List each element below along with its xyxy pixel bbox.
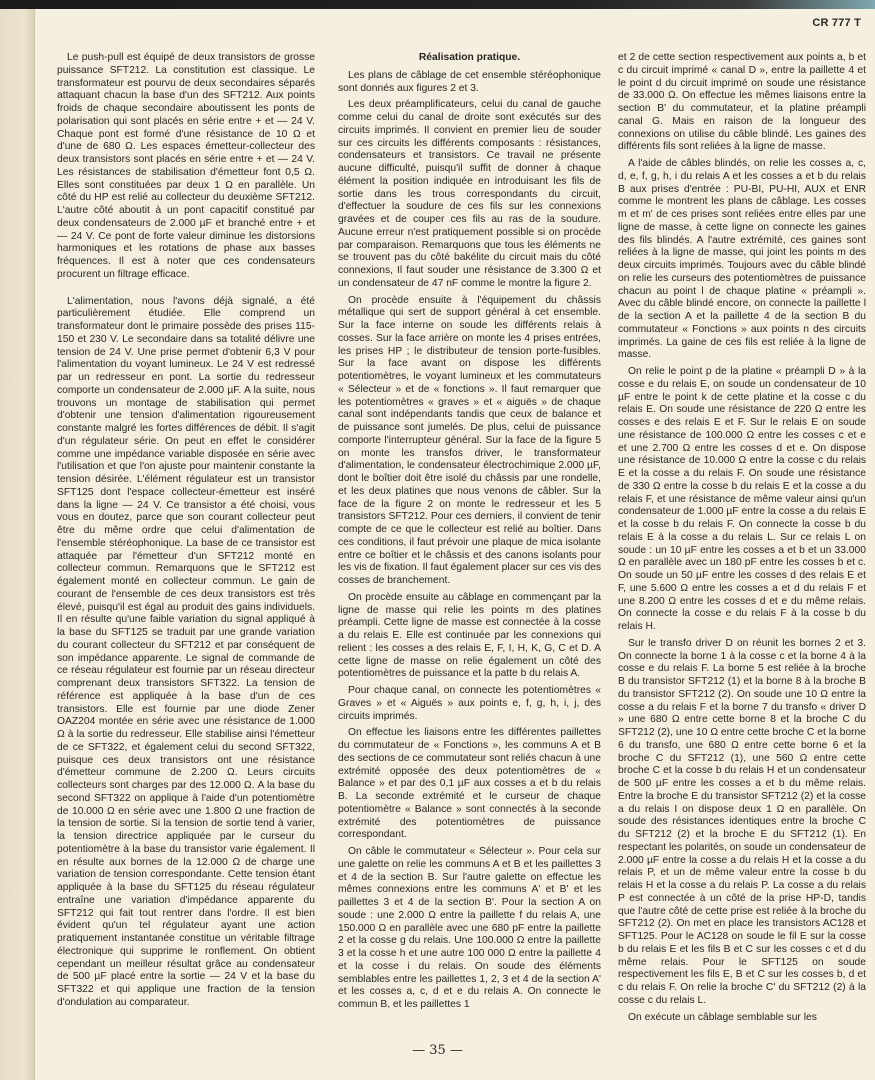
paragraph: On effectue les liaisons entre les diffé… (338, 727, 601, 842)
paragraph: et 2 de cette section respectivement aux… (618, 52, 866, 154)
paragraph-alimentation: L'alimentation, nous l'avons déjà signal… (57, 296, 315, 1010)
column-3: et 2 de cette section respectivement aux… (618, 52, 866, 1024)
column-2: Réalisation pratique. Les plans de câbla… (338, 52, 601, 1012)
paragraph: Les plans de câblage de cet ensemble sté… (338, 70, 601, 96)
page-number: — 35 — (0, 1043, 875, 1058)
paragraph: A l'aide de câbles blindés, on relie les… (618, 158, 866, 362)
paragraph-push-pull: Le push-pull est équipé de deux transist… (57, 52, 315, 282)
paragraph: On câble le commutateur « Sélecteur ». P… (338, 846, 601, 1012)
section-title: Réalisation pratique. (338, 52, 601, 65)
paragraph: On exécute un câblage semblable sur les (618, 1012, 866, 1025)
paragraph-gap (57, 286, 315, 296)
paragraph: On procède ensuite au câblage en commenç… (338, 592, 601, 681)
paragraph: Les deux préamplificateurs, celui du can… (338, 99, 601, 290)
column-1: Le push-pull est équipé de deux transist… (57, 52, 315, 1010)
paragraph: Pour chaque canal, on connecte les poten… (338, 685, 601, 723)
adjacent-page-edge (0, 9, 35, 1080)
paragraph: Sur le transfo driver D on réunit les bo… (618, 638, 866, 1008)
page-header-code: CR 777 T (812, 17, 861, 29)
paragraph: On relie le point p de la platine « préa… (618, 366, 866, 634)
scan-top-edge (0, 0, 875, 9)
paragraph: On procède ensuite à l'équipement du châ… (338, 295, 601, 588)
